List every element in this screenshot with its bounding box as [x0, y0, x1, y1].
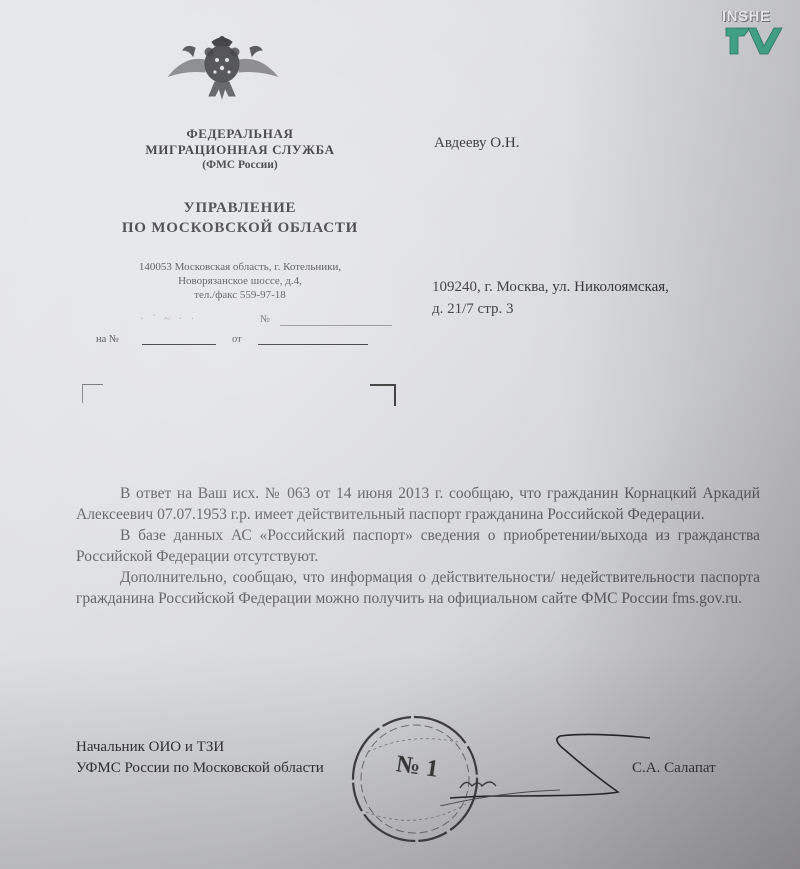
double-headed-eagle-emblem: [165, 36, 280, 104]
body-paragraph-3: Дополнительно, сообщаю, что информация о…: [76, 567, 760, 609]
tv-logo-icon: [724, 26, 786, 56]
address-line-2: Новорязанское шоссе, д.4,: [80, 274, 400, 288]
address-bracket-left: [82, 384, 103, 403]
in-reply-label: на №: [96, 334, 119, 345]
logo-text: INSHE: [722, 8, 770, 25]
smudged-number: · ´ ~ · ·: [140, 314, 197, 325]
outgoing-number-row: · ´ ~ · · №: [140, 312, 400, 330]
recipient-address-line-1: 109240, г. Москва, ул. Николоямская,: [432, 276, 782, 298]
signatory-title: Начальник ОИО и ТЗИ УФМС России по Моско…: [76, 737, 324, 779]
org-line-3: (ФМС России): [80, 158, 400, 173]
address-line-1: 140053 Московская область, г. Котельники…: [80, 260, 400, 274]
org-line-1: ФЕДЕРАЛЬНАЯ: [80, 126, 400, 142]
signatory-title-line-2: УФМС России по Московской области: [76, 758, 324, 779]
scanned-letter: INSHE: [0, 0, 800, 869]
inshe-tv-logo: INSHE: [718, 8, 790, 56]
stamp-number: № 1: [394, 751, 439, 784]
organization-name: ФЕДЕРАЛЬНАЯ МИГРАЦИОННАЯ СЛУЖБА (ФМС Рос…: [80, 126, 400, 173]
dept-line-2: ПО МОСКОВСКОЙ ОБЛАСТИ: [80, 218, 400, 238]
org-line-2: МИГРАЦИОННАЯ СЛУЖБА: [80, 142, 400, 158]
recipient-address-line-2: д. 21/7 стр. 3: [432, 298, 782, 320]
date-blank-line: [258, 344, 368, 345]
letter-body: В ответ на Ваш исх. № 063 от 14 июня 201…: [76, 483, 760, 609]
number-label: №: [260, 314, 270, 325]
address-bracket-right: [370, 384, 396, 406]
signatory-title-line-1: Начальник ОИО и ТЗИ: [76, 737, 324, 758]
body-paragraph-1: В ответ на Ваш исх. № 063 от 14 июня 201…: [76, 483, 760, 525]
sender-address: 140053 Московская область, г. Котельники…: [80, 260, 400, 302]
in-reply-blank-line: [142, 344, 216, 345]
in-reply-row: на № от: [96, 330, 386, 350]
department-name: УПРАВЛЕНИЕ ПО МОСКОВСКОЙ ОБЛАСТИ: [80, 198, 400, 238]
recipient-name: Авдееву О.Н.: [434, 135, 519, 152]
address-line-3: тел./факс 559-97-18: [80, 288, 400, 302]
from-label: от: [232, 334, 242, 345]
recipient-address: 109240, г. Москва, ул. Николоямская, д. …: [432, 276, 782, 320]
number-blank-line: [280, 325, 392, 326]
dept-line-1: УПРАВЛЕНИЕ: [80, 198, 400, 218]
signer-name: С.А. Салапат: [632, 760, 716, 777]
body-paragraph-2: В базе данных АС «Российский паспорт» св…: [76, 525, 760, 567]
